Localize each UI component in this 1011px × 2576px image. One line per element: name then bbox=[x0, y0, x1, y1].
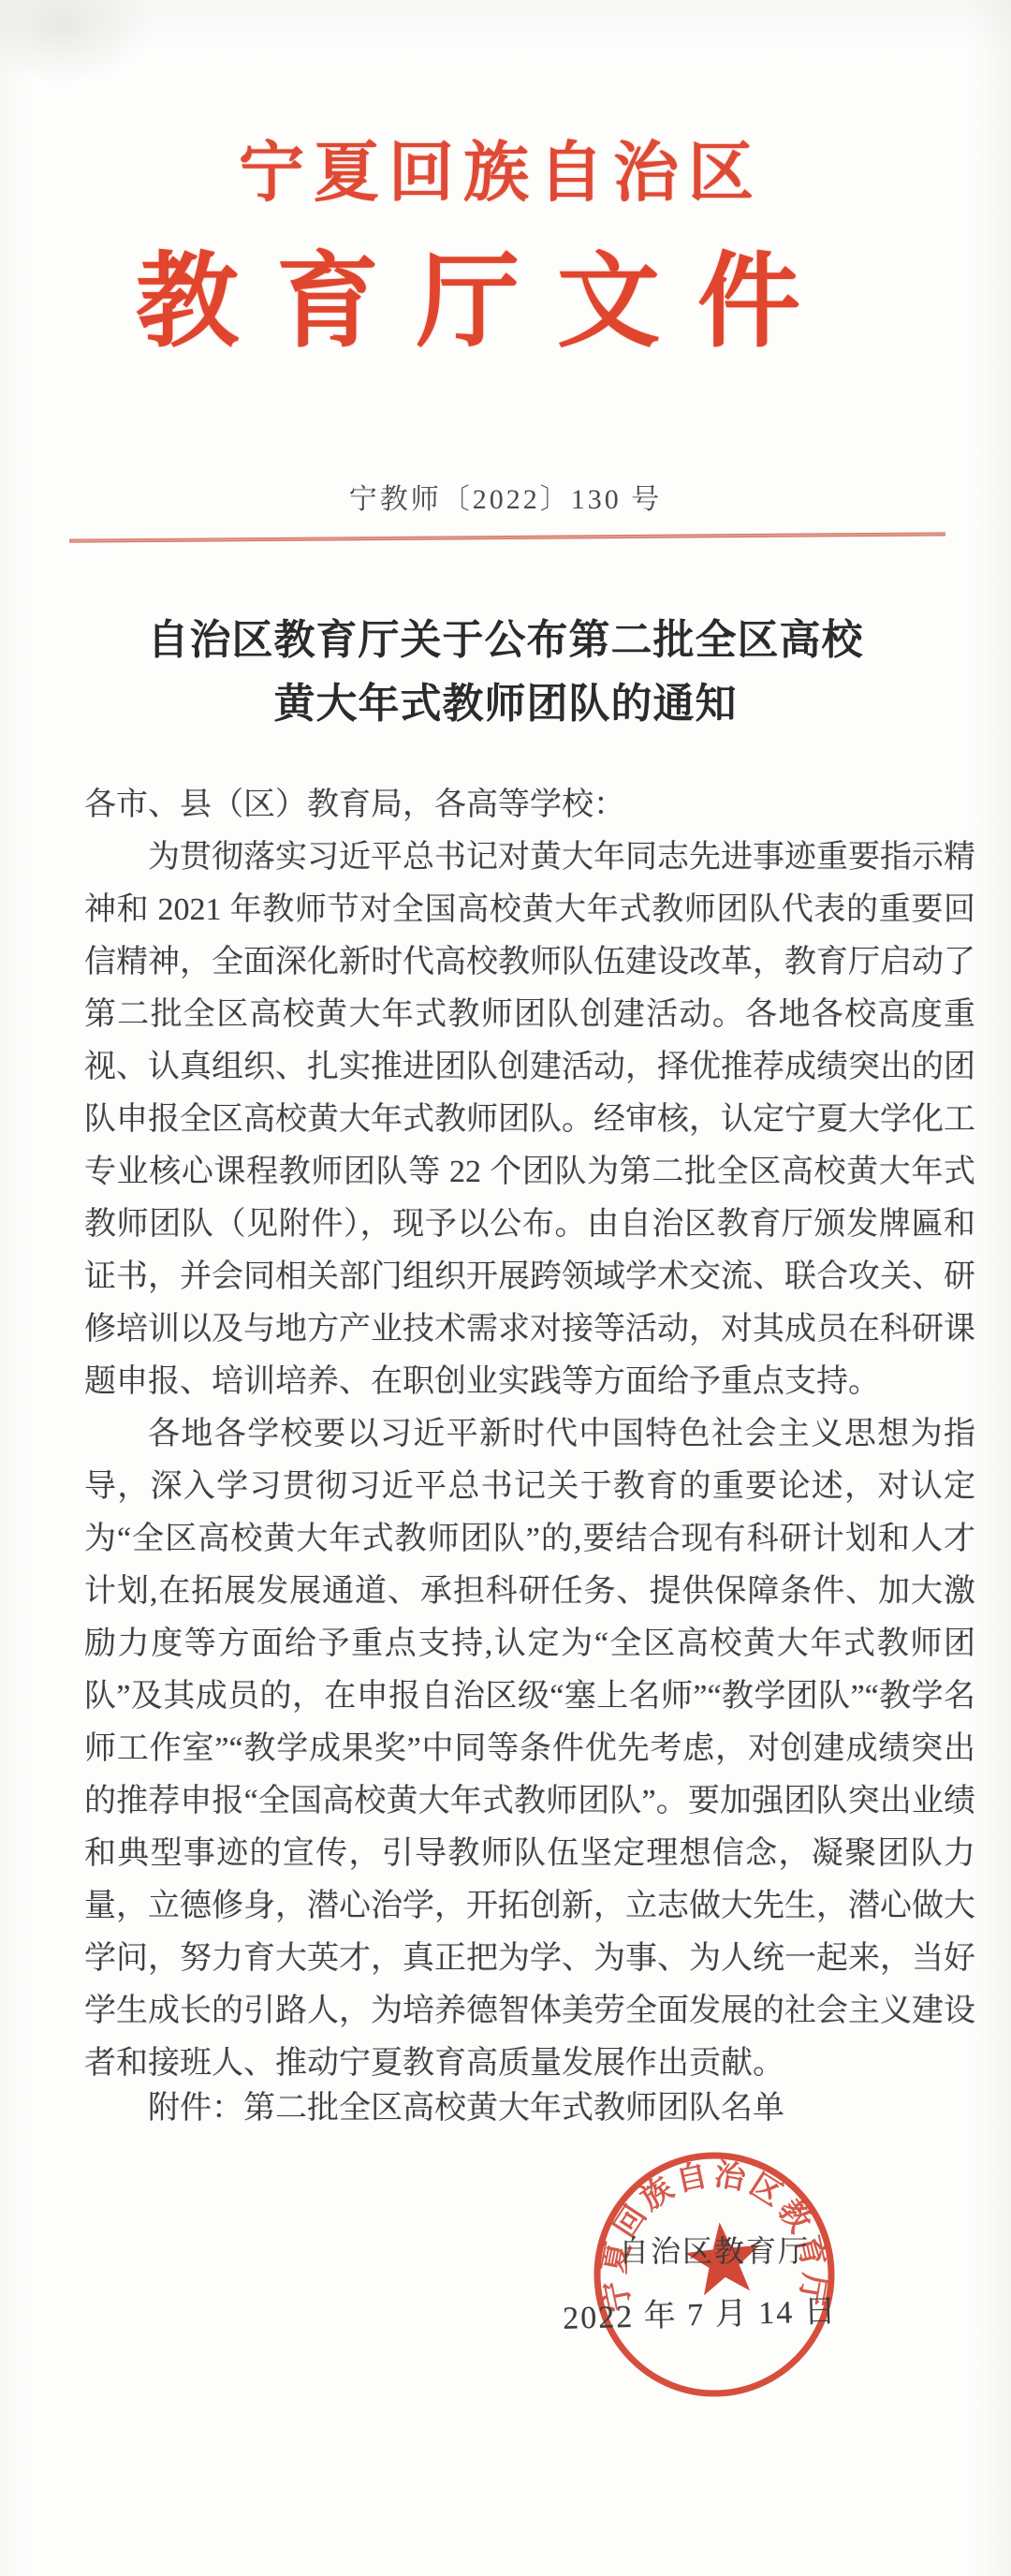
document-page: 宁夏回族自治区 教育厅文件 宁教师〔2022〕130 号 自治区教育厅关于公布第… bbox=[0, 0, 1011, 2576]
document-body: 各市、县（区）教育局，各高等学校： 为贯彻落实习近平总书记对黄大年同志先进事迹重… bbox=[84, 779, 975, 2090]
document-title: 自治区教育厅关于公布第二批全区高校 黄大年式教师团队的通知 bbox=[0, 609, 1011, 736]
document-number: 宁教师〔2022〕130 号 bbox=[0, 483, 1011, 517]
attachment-note: 附件：第二批全区高校黄大年式教师团队名单 bbox=[84, 2083, 975, 2135]
official-seal: 宁夏回族自治区教育厅 bbox=[591, 2151, 838, 2398]
letterhead-region-line: 宁夏回族自治区 bbox=[0, 131, 1006, 217]
paragraph-1: 为贯彻落实习近平总书记对黄大年同志先进事迹重要指示精神和 2021 年教师节对全… bbox=[84, 832, 975, 1408]
title-line-1: 自治区教育厅关于公布第二批全区高校 bbox=[148, 617, 864, 663]
paragraph-2: 各地各学校要以习近平新时代中国特色社会主义思想为指导，深入学习贯彻习近平总书记关… bbox=[84, 1408, 975, 2090]
signature-date: 2022 年 7 月 14 日 bbox=[560, 2292, 842, 2339]
letterhead-office-line: 教育厅文件 bbox=[0, 242, 992, 363]
red-divider-rule bbox=[69, 532, 945, 542]
salutation: 各市、县（区）教育局，各高等学校： bbox=[84, 779, 975, 832]
signature-agency: 自治区教育厅 bbox=[591, 2232, 838, 2270]
title-line-2: 黄大年式教师团队的通知 bbox=[274, 681, 738, 727]
